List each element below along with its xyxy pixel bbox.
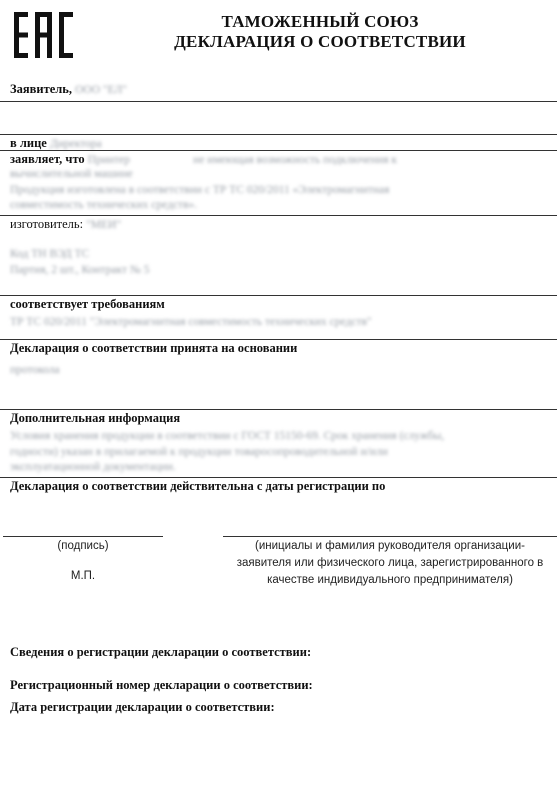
divider [0, 134, 557, 135]
name-line [223, 536, 557, 537]
name-caption-line: качестве индивидуального предпринимателя… [223, 572, 557, 589]
validity-label: Декларация о соответствии действительна … [10, 479, 385, 494]
represented-by-value-redacted: Директора [50, 138, 102, 150]
name-caption-line: заявителя или физического лица, зарегист… [223, 555, 557, 572]
declares-line-redacted: совместимость технических средств». [10, 199, 197, 211]
applicant-row: Заявитель, ООО "ЕЛ" [10, 82, 127, 97]
divider [0, 150, 557, 151]
title-line-declaration: ДЕКЛАРАЦИЯ О СООТВЕТСТВИИ [150, 32, 490, 52]
divider [0, 477, 557, 478]
title-line-customs-union: ТАМОЖЕННЫЙ СОЮЗ [150, 12, 490, 32]
divider [0, 339, 557, 340]
signature-line [3, 536, 163, 537]
complies-value-redacted: ТР ТС 020/2011 "Электромагнитная совмест… [10, 316, 372, 328]
eac-mark-icon [14, 12, 74, 58]
document-title: ТАМОЖЕННЫЙ СОЮЗ ДЕКЛАРАЦИЯ О СООТВЕТСТВИ… [150, 12, 490, 52]
registration-date-label: Дата регистрации декларации о соответств… [10, 700, 275, 715]
additional-info-line-redacted: годности) указан в прилагаемой к продукц… [10, 446, 388, 458]
divider [0, 101, 557, 102]
additional-info-line-redacted: эксплуатационной документации. [10, 461, 176, 473]
declares-line-redacted: не имеющая возможность подключения к [193, 154, 397, 166]
stamp-caption: М.П. [3, 568, 163, 585]
represented-by-row: в лице Директора [10, 136, 102, 151]
registration-heading: Сведения о регистрации декларации о соот… [10, 645, 311, 660]
basis-label: Декларация о соответствии принята на осн… [10, 341, 297, 356]
basis-value-redacted: протокола [10, 364, 60, 376]
name-caption-line: (инициалы и фамилия руководителя организ… [223, 538, 557, 555]
registration-number-label: Регистрационный номер декларации о соотв… [10, 678, 313, 693]
complies-label: соответствует требованиям [10, 297, 165, 312]
divider [0, 295, 557, 296]
divider [0, 409, 557, 410]
manufacturer-line-redacted: Код ТН ВЭД ТС [10, 248, 89, 260]
declares-line-redacted: вычислительной машине [10, 168, 133, 180]
signature-caption: (подпись) [3, 538, 163, 555]
divider [0, 215, 557, 216]
declares-label: заявляет, что [10, 152, 85, 166]
represented-by-label: в лице [10, 136, 47, 150]
name-caption: (инициалы и фамилия руководителя организ… [223, 538, 557, 589]
declares-line-redacted: Продукция изготовлена в соответствии с Т… [10, 184, 389, 196]
manufacturer-line-redacted: Партия, 2 шт., Контракт № 5 [10, 264, 149, 276]
declares-row: заявляет, что Принтер не имеющая возможн… [10, 152, 397, 167]
applicant-value-redacted: ООО "ЕЛ" [75, 84, 127, 96]
manufacturer-label: изготовитель: [10, 217, 83, 231]
manufacturer-value-redacted: "МЕИ" [86, 219, 121, 231]
additional-info-label: Дополнительная информация [10, 411, 180, 426]
applicant-label: Заявитель, [10, 82, 72, 96]
additional-info-line-redacted: Условия хранения продукции в соответстви… [10, 430, 444, 442]
manufacturer-row: изготовитель: "МЕИ" [10, 217, 121, 232]
declares-value-redacted: Принтер [88, 154, 130, 166]
